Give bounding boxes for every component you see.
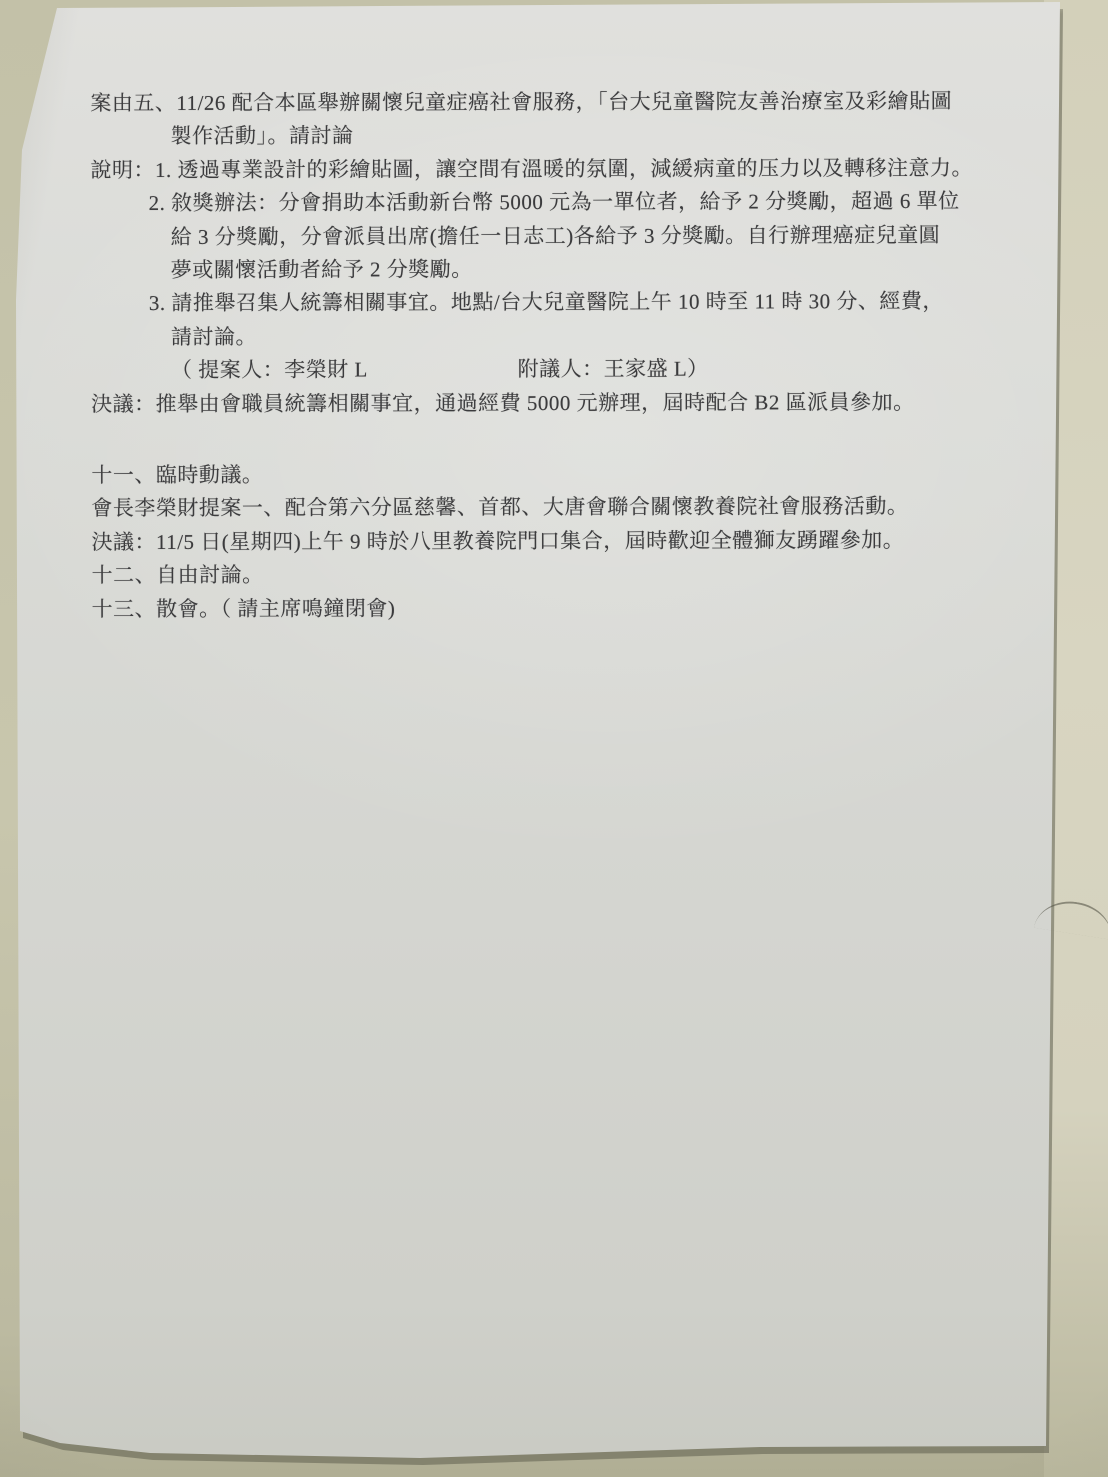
doc-line-explain-3: 3. 請推舉召集人統籌相關事宜。地點/台大兒童醫院上午 10 時至 11 時 3…: [149, 285, 981, 321]
doc-line-proposer-seconder: （ 提案人：李榮財 L 附議人：王家盛 L）: [171, 352, 981, 388]
doc-line-resolution-item11: 決議：11/5 日(星期四)上午 9 時於八里教養院門口集合，屆時歡迎全體獅友踴…: [91, 524, 981, 560]
doc-line-explain-2-cont1: 給 3 分獎勵，分會派員出席(擔任一日志工)各給予 3 分獎勵。自行辦理癌症兒童…: [171, 218, 981, 254]
doc-line-explain-1: 說明：1. 透過專業設計的彩繪貼圖，讓空間有溫暖的氛圍，減緩病童的压力以及轉移注…: [90, 152, 980, 188]
doc-line-case5-title-cont: 製作活動」。請討論: [170, 118, 980, 154]
document-text-block: 案由五、11/26 配合本區舉辦關懷兒童症癌社會服務，「台大兒童醫院友善治療室及…: [90, 85, 981, 626]
doc-line-explain-2: 2. 敘獎辦法：分會捐助本活動新台幣 5000 元為一單位者，給予 2 分獎勵，…: [149, 185, 981, 221]
doc-line-item12: 十二、自由討論。: [92, 557, 982, 593]
doc-line-explain-2-cont2: 夢或關懷活動者給予 2 分獎勵。: [171, 252, 981, 288]
doc-line-item13: 十三、散會。（ 請主席鳴鐘閉會): [92, 591, 982, 627]
doc-line-resolution-case5: 決議：推舉由會職員統籌相關事宜，通過經費 5000 元辦理，屆時配合 B2 區派…: [91, 385, 981, 421]
doc-line-item11: 十一、臨時動議。: [91, 457, 981, 493]
photo-scene: 案由五、11/26 配合本區舉辦關懷兒童症癌社會服務，「台大兒童醫院友善治療室及…: [0, 0, 1108, 1477]
doc-line-case5-title: 案由五、11/26 配合本區舉辦關懷兒童症癌社會服務，「台大兒童醫院友善治療室及…: [90, 85, 980, 121]
doc-line-explain-3-cont: 請討論。: [171, 319, 981, 355]
paper-document: 案由五、11/26 配合本區舉辦關懷兒童症癌社會服務，「台大兒童醫院友善治療室及…: [0, 0, 1108, 1477]
doc-line-president-proposal: 會長李榮財提案一、配合第六分區慈馨、首都、大唐會聯合關懷教養院社會服務活動。: [91, 490, 981, 526]
paragraph-gap: [91, 419, 981, 459]
